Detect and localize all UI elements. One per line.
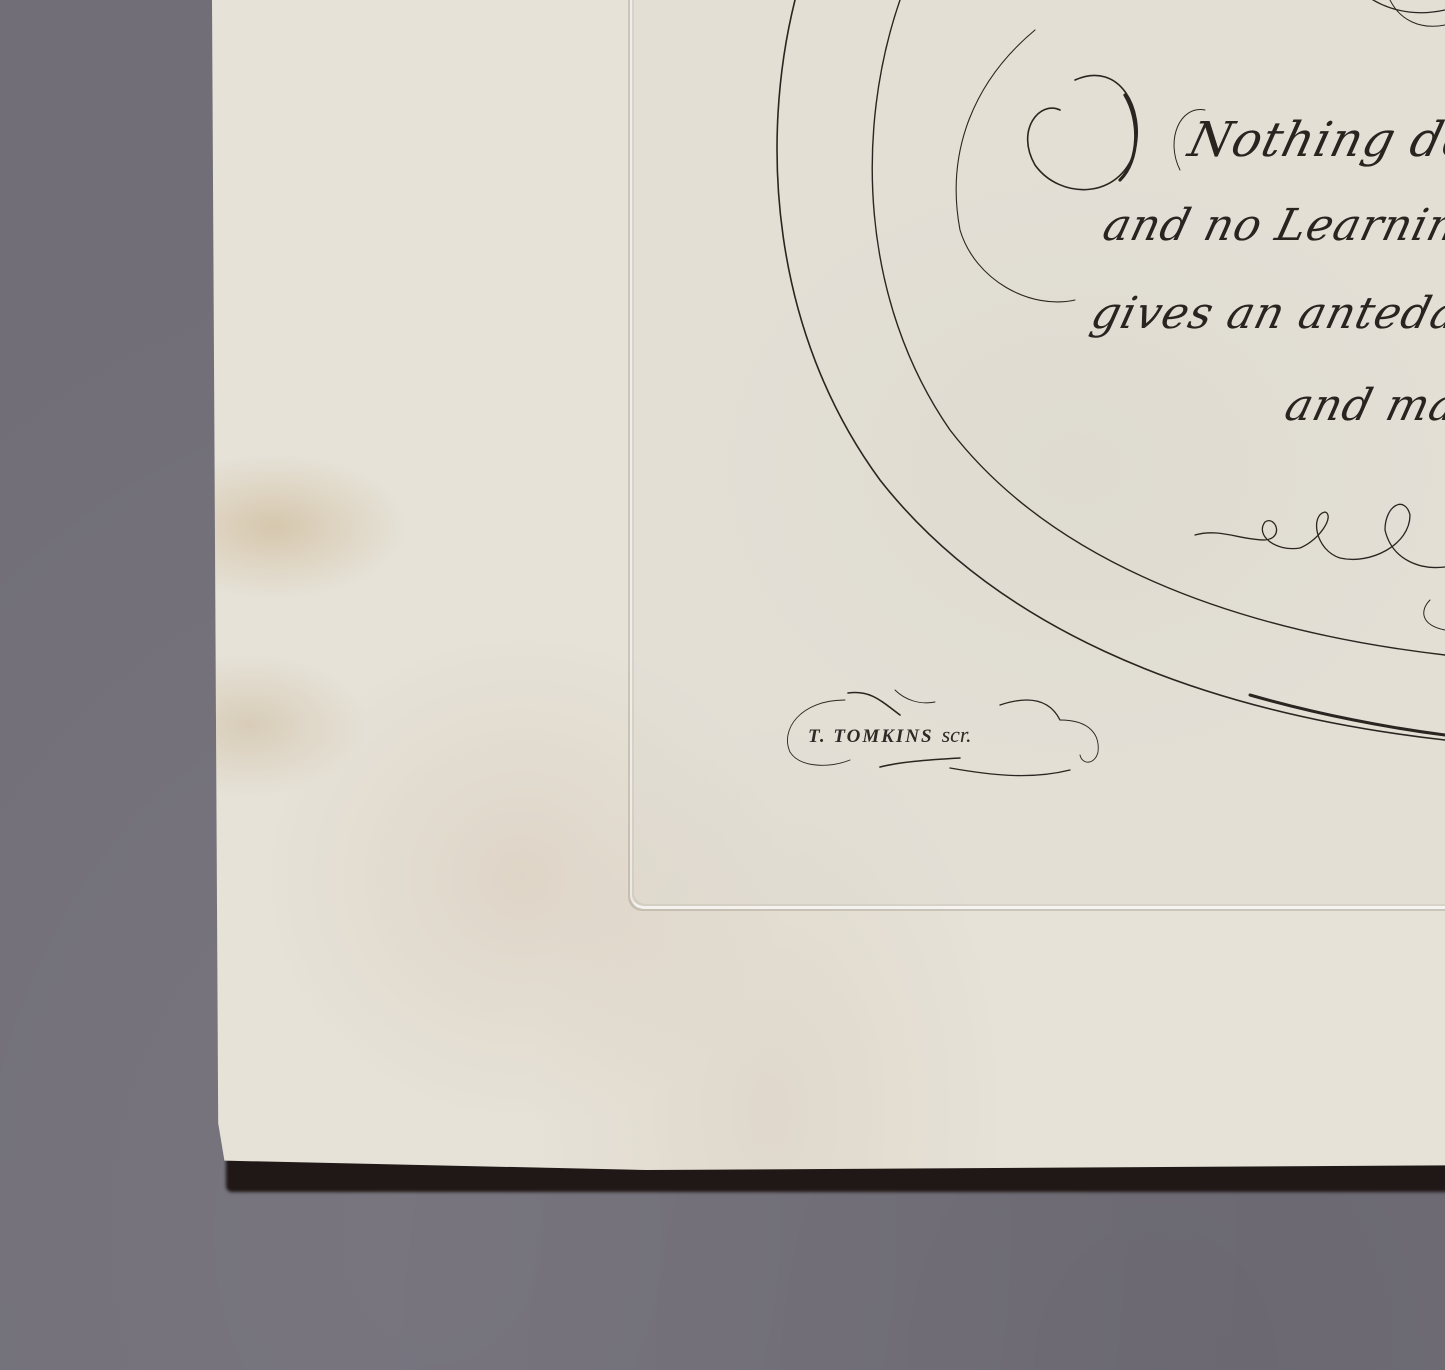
engraver-signature: T. TOMKINSscr. bbox=[808, 722, 972, 748]
loop-flourish bbox=[1195, 504, 1445, 567]
script-line-3: gives an antedat bbox=[1086, 288, 1445, 339]
script-line-4: and ma bbox=[1280, 380, 1445, 431]
engraver-suffix: scr. bbox=[942, 722, 972, 747]
script-line-1: Nothing dor bbox=[1183, 112, 1445, 168]
script-line-2: and no Learning bbox=[1098, 200, 1445, 251]
engraver-name: T. TOMKINS bbox=[808, 726, 934, 747]
spiral-flourish bbox=[1028, 75, 1138, 189]
outer-oval-line bbox=[777, 0, 1445, 740]
